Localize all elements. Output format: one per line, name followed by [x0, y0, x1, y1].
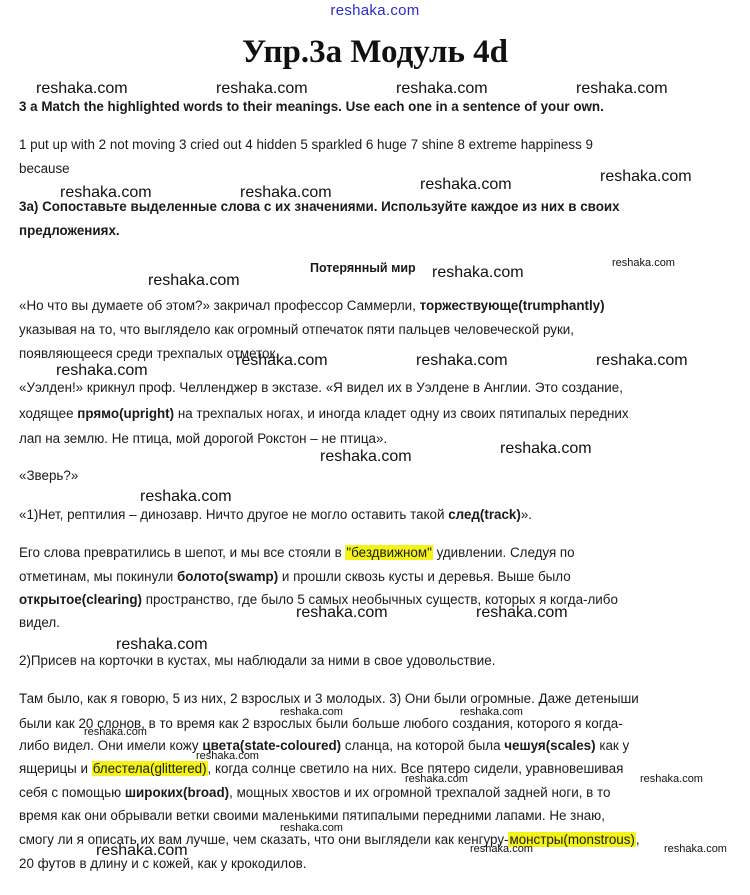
watermark: reshaka.com: [432, 264, 524, 282]
watermark: reshaka.com: [476, 604, 568, 622]
paragraph-line: лап на землю. Не птица, мой дорогой Рокс…: [19, 431, 387, 446]
paragraph-line: «1)Нет, рептилия – динозавр. Ничто друго…: [19, 507, 532, 522]
watermark: reshaka.com: [640, 773, 703, 785]
page-title: Упр.3a Модуль 4d: [0, 34, 750, 71]
vocab-word: торжествующе(trumphantly): [420, 298, 605, 313]
paragraph-line: ходящее прямо(upright) на трехпалых нога…: [19, 406, 629, 421]
instruction-ru: предложениях.: [19, 223, 120, 238]
story-title: Потерянный мир: [310, 261, 416, 275]
watermark: reshaka.com: [148, 272, 240, 290]
watermark: reshaka.com: [116, 636, 208, 654]
vocab-word: открытое(clearing): [19, 592, 142, 607]
paragraph-line: время как они обрывали ветки своими мале…: [19, 808, 605, 823]
watermark: reshaka.com: [84, 726, 147, 738]
paragraph-line: указывая на то, что выглядело как огромн…: [19, 322, 574, 337]
instruction-en: 3 a Match the highlighted words to their…: [19, 99, 604, 114]
watermark: reshaka.com: [140, 488, 232, 506]
watermark: reshaka.com: [470, 843, 533, 855]
vocab-word: прямо(upright): [77, 406, 174, 421]
top-watermark: reshaka.com: [0, 2, 750, 19]
paragraph-line: «Уэлден!» крикнул проф. Челленджер в экс…: [19, 380, 623, 395]
paragraph-line: Там было, как я говорю, 5 из них, 2 взро…: [19, 691, 639, 706]
paragraph-line: 2)Присев на корточки в кустах, мы наблюд…: [19, 653, 495, 668]
paragraph-line: 20 футов в длину и с кожей, как у крокод…: [19, 856, 307, 871]
answers-line: 1 put up with 2 not moving 3 cried out 4…: [19, 137, 593, 152]
instruction-ru: 3а) Сопоставьте выделенные слова с их зн…: [19, 199, 620, 214]
vocab-word: широких(broad): [125, 785, 229, 800]
paragraph-line: ящерицы и блестела(glittered), когда сол…: [19, 761, 623, 776]
watermark: reshaka.com: [576, 80, 668, 98]
paragraph-line: видел.: [19, 615, 60, 630]
watermark: reshaka.com: [500, 440, 592, 458]
paragraph-line: Его слова превратились в шепот, и мы все…: [19, 545, 575, 560]
answers-line: because: [19, 161, 70, 176]
watermark: reshaka.com: [320, 448, 412, 466]
watermark: reshaka.com: [56, 362, 148, 380]
watermark: reshaka.com: [612, 257, 675, 269]
paragraph-line: себя с помощью широких(broad), мощных хв…: [19, 785, 610, 800]
highlighted-word: блестела(glittered): [92, 761, 208, 776]
vocab-word: чешуя(scales): [504, 738, 595, 753]
paragraph-line: отметинам, мы покинули болото(swamp) и п…: [19, 569, 571, 584]
vocab-word: след(track): [448, 507, 521, 522]
watermark: reshaka.com: [596, 352, 688, 370]
watermark: reshaka.com: [416, 352, 508, 370]
paragraph-line: «Но что вы думаете об этом?» закричал пр…: [19, 298, 605, 313]
paragraph-line: «Зверь?»: [19, 468, 78, 483]
highlighted-word: "бездвижном": [345, 545, 432, 560]
watermark: reshaka.com: [600, 168, 692, 186]
watermark: reshaka.com: [405, 773, 468, 785]
watermark: reshaka.com: [664, 843, 727, 855]
paragraph-line: либо видел. Они имели кожу цвета(state-c…: [19, 738, 629, 753]
watermark: reshaka.com: [396, 80, 488, 98]
watermark: reshaka.com: [420, 176, 512, 194]
watermark: reshaka.com: [236, 352, 328, 370]
watermark: reshaka.com: [296, 604, 388, 622]
watermark: reshaka.com: [36, 80, 128, 98]
vocab-word: болото(swamp): [177, 569, 278, 584]
watermark: reshaka.com: [216, 80, 308, 98]
